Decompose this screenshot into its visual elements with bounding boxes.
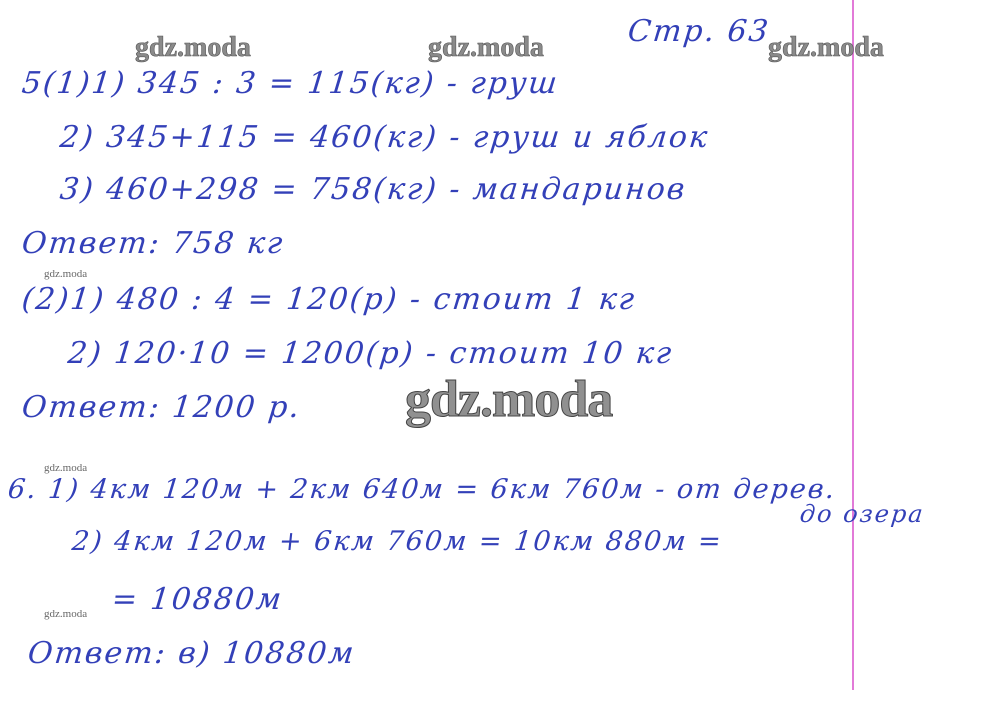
task5-part1-line1: 5(1)1) 345 : 3 = 115(кг) - груш (20, 66, 560, 101)
watermark: gdz.moda (768, 32, 884, 64)
watermark: gdz.moda (44, 608, 87, 620)
task5-part1-answer: Ответ: 758 кг (20, 226, 286, 261)
task6-line2: 2) 4км 120м + 6км 760м = 10км 880м = (70, 526, 724, 557)
task5-part2-line1: (2)1) 480 : 4 = 120(р) - стоит 1 кг (20, 282, 638, 317)
task5-part1-line2: 2) 345+115 = 460(кг) - груш и яблок (58, 120, 711, 155)
page-number: Стр. 63 (626, 14, 772, 49)
margin-line (852, 0, 854, 690)
watermark: gdz.moda (405, 370, 612, 429)
watermark: gdz.moda (135, 32, 251, 64)
task6-line3: = 10880м (110, 582, 285, 617)
task5-part2-line2: 2) 120·10 = 1200(р) - стоит 10 кг (66, 336, 675, 371)
watermark: gdz.moda (44, 268, 87, 280)
task5-part1-line3: 3) 460+298 = 758(кг) - мандаринов (58, 172, 688, 207)
task6-line2-note: до озера (799, 500, 927, 528)
homework-page: gdz.moda gdz.moda gdz.moda gdz.moda gdz.… (0, 0, 985, 727)
task6-line1: 6. 1) 4км 120м + 2км 640м = 6км 760м - о… (6, 474, 837, 505)
task5-part2-answer: Ответ: 1200 р. (20, 390, 303, 425)
watermark: gdz.moda (44, 462, 87, 474)
watermark: gdz.moda (428, 32, 544, 64)
task6-answer: Ответ: в) 10880м (26, 636, 357, 671)
